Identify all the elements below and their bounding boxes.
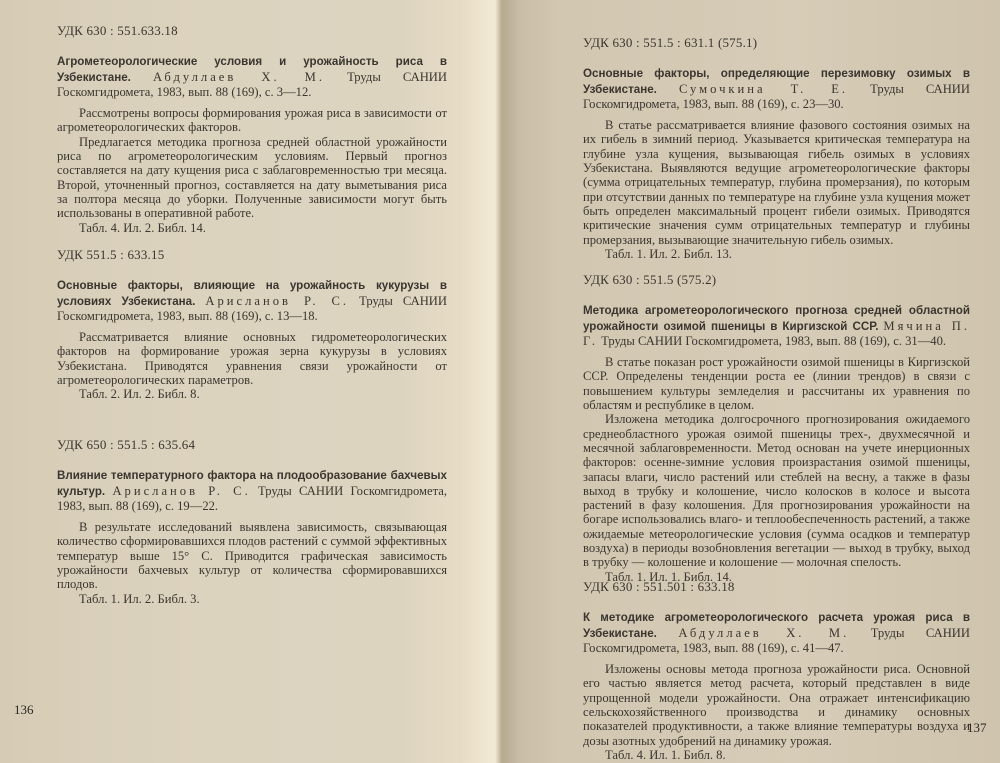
abstract-paragraph: Предлагается методика прогноза средней о… <box>57 135 447 221</box>
citation: Влияние температурного фактора на плодоо… <box>57 468 447 513</box>
abstract-entry: УДК 630 : 551.633.18 Агрометеорологическ… <box>57 24 447 235</box>
udk-code: УДК 630 : 551.501 : 633.18 <box>583 580 970 594</box>
udk-code: УДК 630 : 551.5 (575.2) <box>583 273 970 287</box>
citation: Методика агрометеорологического прогноза… <box>583 303 970 348</box>
abstract-paragraph: В статье рассматривается влияние фазовог… <box>583 118 970 247</box>
udk-code: УДК 630 : 551.5 : 631.1 (575.1) <box>583 36 970 50</box>
abstract-paragraph: В статье показан рост урожайности озимой… <box>583 355 970 412</box>
abstract-entry: УДК 650 : 551.5 : 635.64 Влияние темпера… <box>57 438 447 606</box>
refs-line: Табл. 2. Ил. 2. Библ. 8. <box>57 387 447 401</box>
article-author: Абдуллаев Х. М. <box>153 70 325 84</box>
page-number: 137 <box>967 720 987 736</box>
article-source: Труды САНИИ Госкомгидромета, 1983, вып. … <box>601 334 946 348</box>
article-author: Сумочкина Т. Е. <box>679 82 848 96</box>
abstract-entry: УДК 551.5 : 633.15 Основные факторы, вли… <box>57 248 447 402</box>
abstract-entry: УДК 630 : 551.501 : 633.18 К методике аг… <box>583 580 970 762</box>
refs-line: Табл. 4. Ил. 2. Библ. 14. <box>57 221 447 235</box>
citation: Основные факторы, влияющие на урожайност… <box>57 278 447 323</box>
udk-code: УДК 630 : 551.633.18 <box>57 24 447 38</box>
abstract-paragraph: Рассмотрены вопросы формирования урожая … <box>57 106 447 135</box>
refs-line: Табл. 1. Ил. 2. Библ. 13. <box>583 247 970 261</box>
abstract-paragraph: Изложена методика долгосрочного прогнози… <box>583 412 970 569</box>
article-author: Абдуллаев Х. М. <box>678 626 849 640</box>
abstract-entry: УДК 630 : 551.5 : 631.1 (575.1) Основные… <box>583 36 970 261</box>
udk-code: УДК 551.5 : 633.15 <box>57 248 447 262</box>
left-page: УДК 630 : 551.633.18 Агрометеорологическ… <box>0 0 500 763</box>
citation: К методике агрометеорологического расчет… <box>583 610 970 655</box>
udk-code: УДК 650 : 551.5 : 635.64 <box>57 438 447 452</box>
abstract-paragraph: Рассматривается влияние основных гидроме… <box>57 330 447 387</box>
abstract-entry: УДК 630 : 551.5 (575.2) Методика агромет… <box>583 273 970 584</box>
citation: Основные факторы, определяющие перезимов… <box>583 66 970 111</box>
abstract-paragraph: Изложены основы метода прогноза урожайно… <box>583 662 970 748</box>
article-author: Арисланов Р. С. <box>205 294 349 308</box>
citation: Агрометеорологические условия и урожайно… <box>57 54 447 99</box>
book-spread: УДК 630 : 551.633.18 Агрометеорологическ… <box>0 0 1000 763</box>
article-author: Арисланов Р. С. <box>112 484 250 498</box>
page-number: 136 <box>14 702 34 718</box>
refs-line: Табл. 4. Ил. 1. Библ. 8. <box>583 748 970 762</box>
abstract-paragraph: В результате исследований выявлена завис… <box>57 520 447 591</box>
refs-line: Табл. 1. Ил. 2. Библ. 3. <box>57 592 447 606</box>
